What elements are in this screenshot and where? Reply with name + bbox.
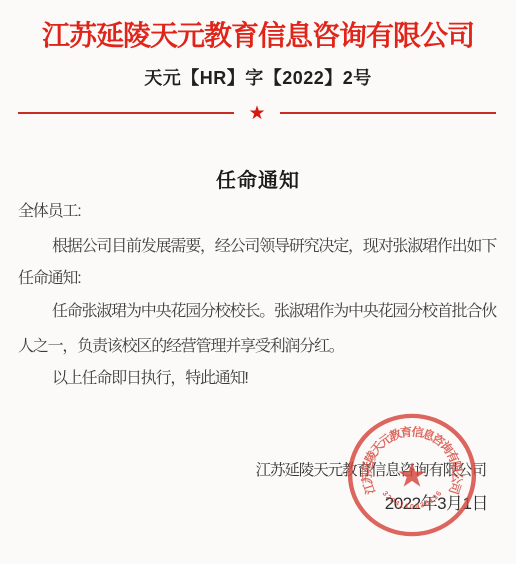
body-line: 任命通知: — [18, 269, 80, 289]
body-line: 以上任命即日执行，特此通知! — [18, 369, 248, 389]
star-divider: ★ — [18, 101, 496, 125]
body-line: 任命张淑珺为中央花园分校校长。张淑珺作为中央花园分校首批合伙 — [18, 302, 496, 322]
star-icon: ★ — [248, 104, 265, 123]
divider-right-line — [280, 112, 496, 114]
body-line: 根据公司目前发展需要，经公司领导研究决定，现对张淑珺作出如下 — [18, 237, 496, 257]
signature-date: 2022年3月1日 — [385, 489, 488, 514]
svg-text:息: 息 — [420, 426, 438, 444]
svg-text:天: 天 — [367, 438, 387, 456]
svg-text:信: 信 — [411, 424, 425, 440]
svg-text:元: 元 — [376, 431, 395, 450]
divider-left-line — [18, 112, 234, 114]
signature-company-name: 江苏延陵天元教育信息咨询有限公司 — [256, 458, 486, 480]
svg-text:育: 育 — [399, 424, 413, 440]
svg-text:询: 询 — [437, 438, 457, 456]
svg-text:咨: 咨 — [429, 431, 448, 450]
notice-title: 任命通知 — [0, 164, 516, 193]
svg-text:江: 江 — [360, 481, 379, 498]
appointment-notice-document: 江苏延陵天元教育信息咨询有限公司 天元【HR】字【2022】2号 ★ 任命通知 … — [0, 0, 516, 564]
document-reference-number: 天元【HR】字【2022】2号 — [0, 64, 516, 90]
salutation: 全体员工: — [18, 202, 80, 222]
company-letterhead-title: 江苏延陵天元教育信息咨询有限公司 — [0, 14, 516, 54]
svg-text:教: 教 — [386, 425, 405, 444]
body-line: 人之一，负责该校区的经营管理并享受利润分红。 — [18, 337, 344, 357]
